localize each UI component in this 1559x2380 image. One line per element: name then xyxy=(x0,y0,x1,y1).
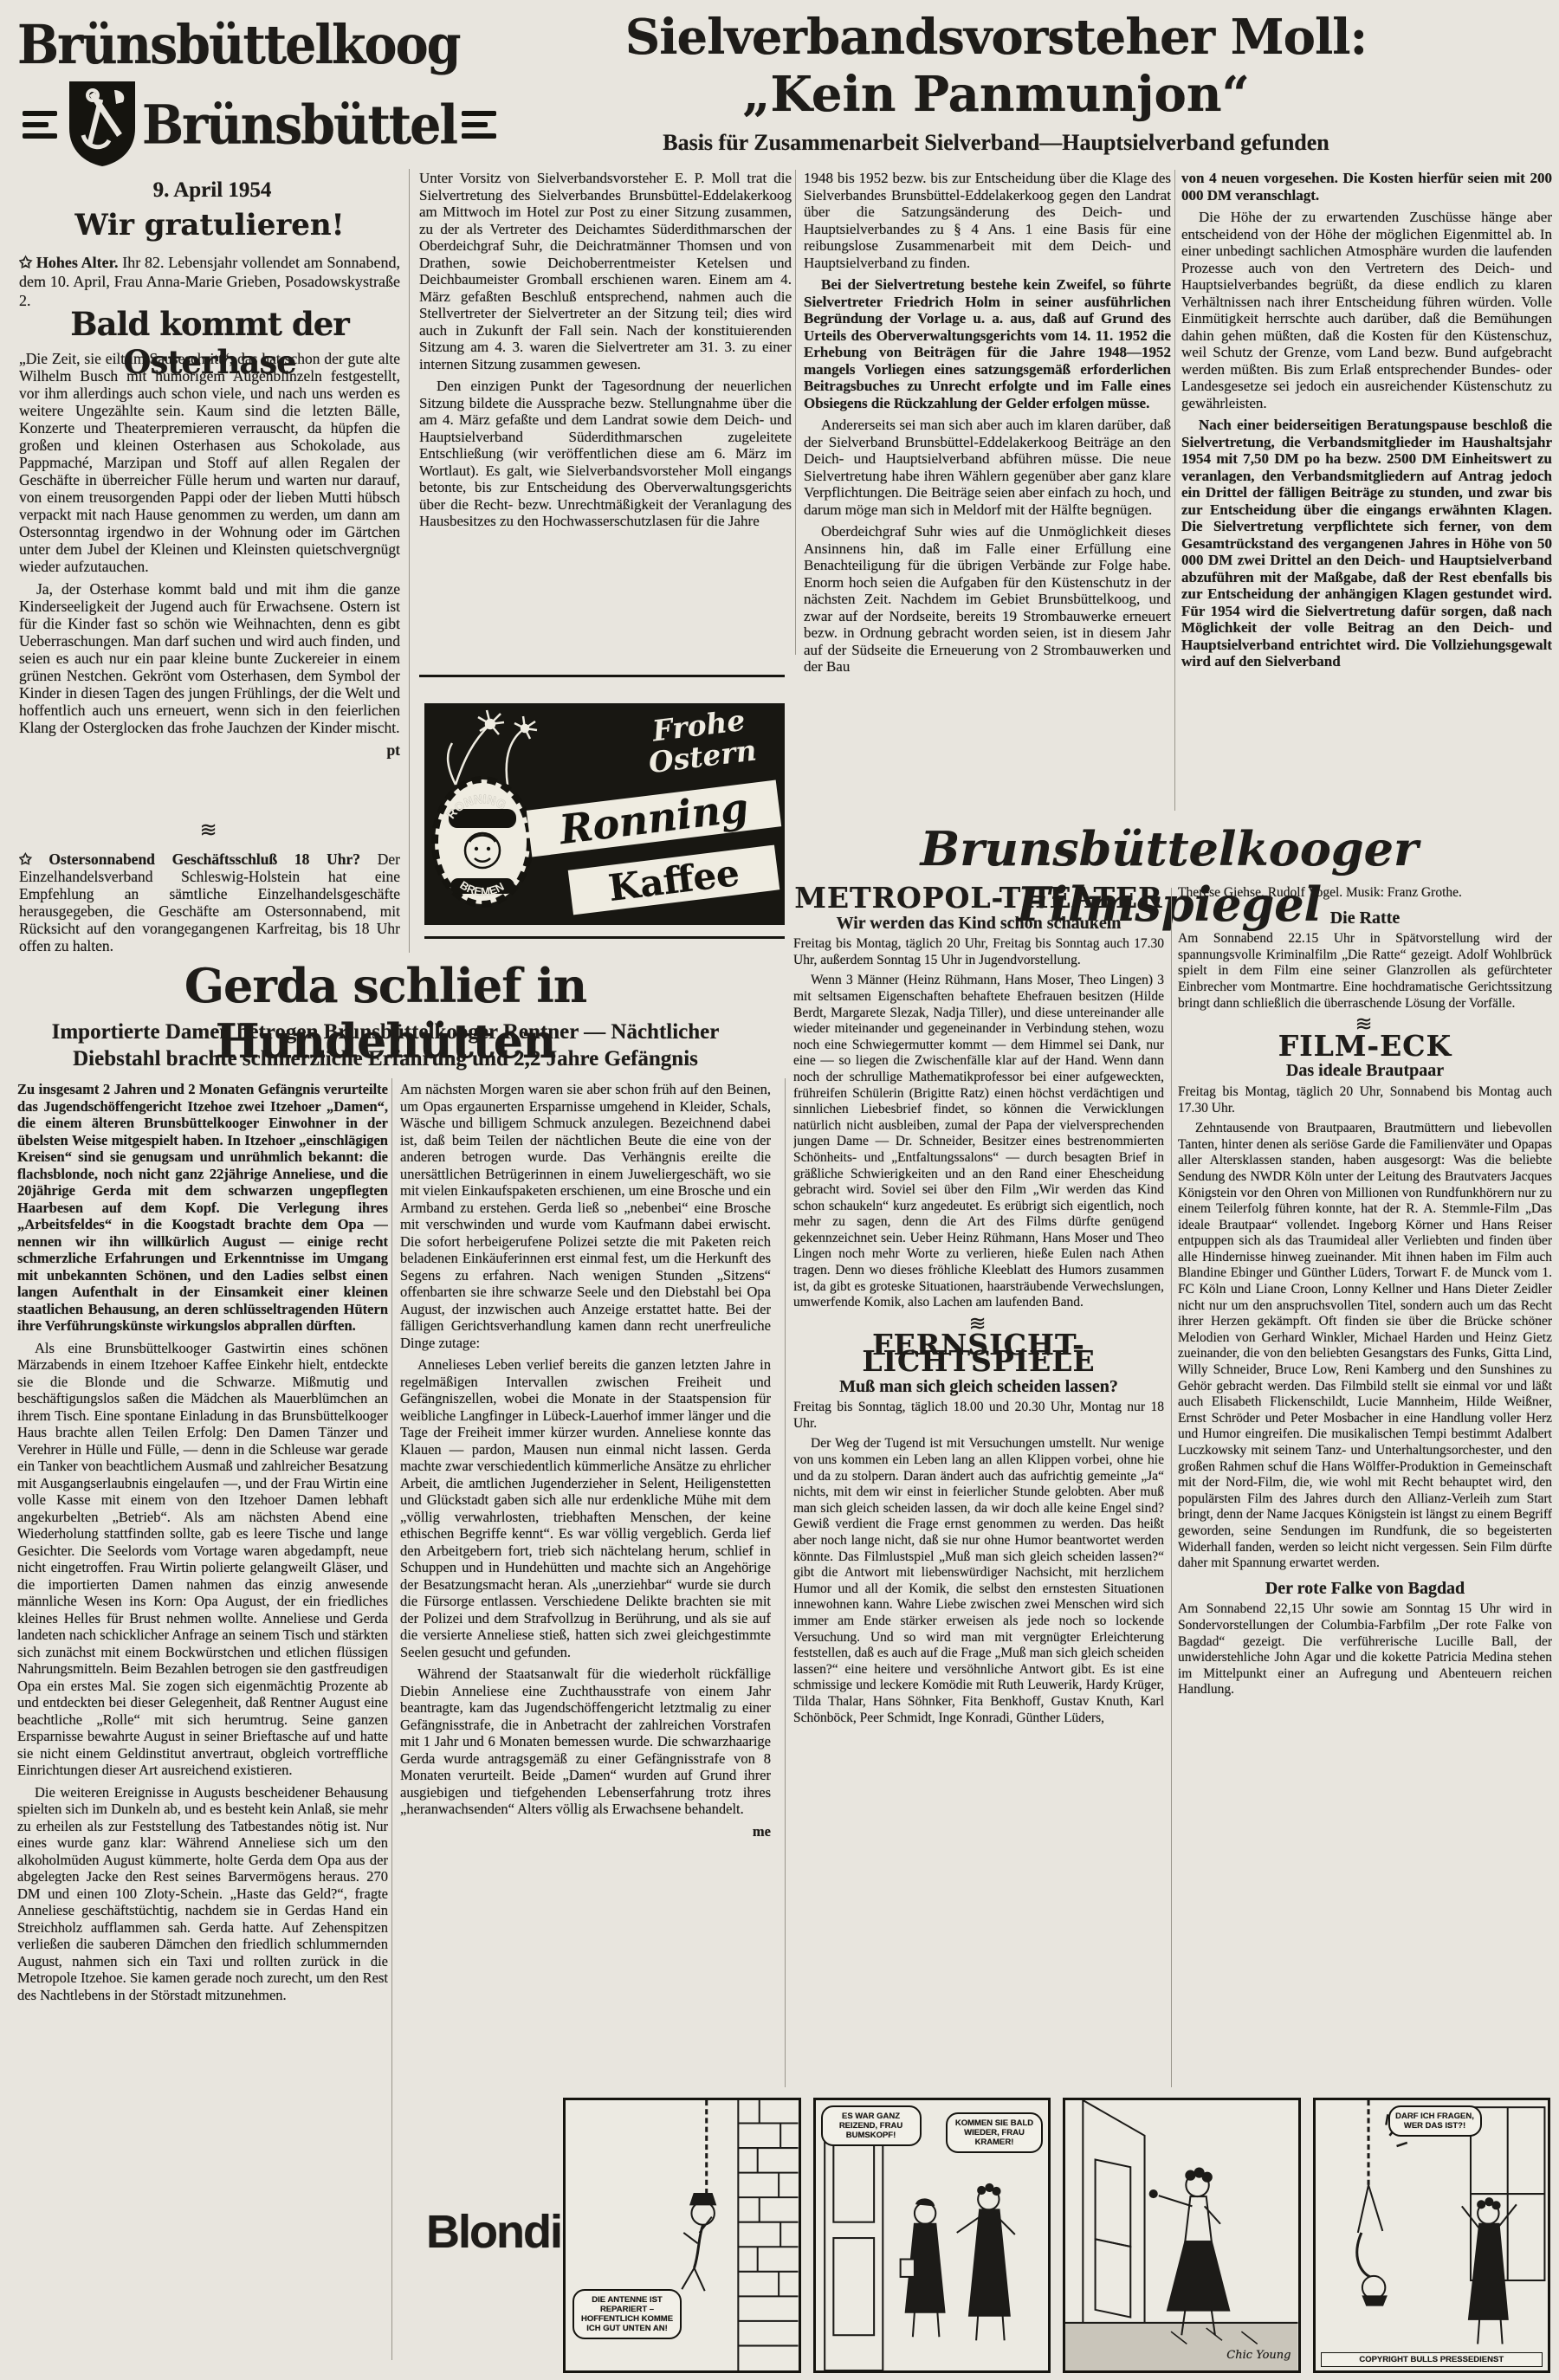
film-title: Wir werden das Kind schon schaukeln xyxy=(793,915,1164,932)
fernsicht-lichtspiele-title: FERNSICHT-LICHTSPIELE xyxy=(793,1337,1164,1369)
film-title: Das ideale Brautpaar xyxy=(1178,1063,1552,1079)
ad-brand: Ronning xyxy=(527,780,781,857)
gerda-paragraph: Während der Staatsanwalt für die wiederh… xyxy=(400,1665,771,1818)
article1-paragraph: Andererseits sei man sich aber auch im k… xyxy=(804,417,1171,518)
comic-strip: Die Antenne ist repariert – hoffentlich … xyxy=(563,2098,1550,2373)
article1-kicker: Sielverbandsvorsteher Moll: xyxy=(450,9,1542,66)
masthead-town-line1: Brünsbüttelkoog xyxy=(17,14,407,76)
wavy-divider-icon: ≋ xyxy=(19,818,400,843)
town-crest-icon xyxy=(66,78,139,172)
copyright-line: COPYRIGHT BULLS PRESSEDIENST xyxy=(1321,2352,1543,2367)
gerda-paragraph: Als eine Brunsbüttelkooger Gastwirtin ei… xyxy=(17,1340,388,1779)
film-review: Wenn 3 Männer (Heinz Rühmann, Hans Moser… xyxy=(793,973,1164,1310)
column-rule xyxy=(1171,888,1172,2087)
gerda-paragraph: Zu insgesamt 2 Jahren und 2 Monaten Gefä… xyxy=(17,1081,388,1335)
comic-panel-3: Chic Young xyxy=(1063,2098,1301,2373)
article1-paragraph: Die Höhe der zu erwartenden Zuschüsse hä… xyxy=(1181,209,1552,411)
film-column-filmeck: Therese Giehse, Rudolf Vogel. Musik: Fra… xyxy=(1178,885,1552,2094)
masthead-town-line2: Brünsbüttel xyxy=(142,94,456,156)
film-column-metropol: METROPOL-THEATER Wir werden das Kind sch… xyxy=(793,885,1164,2094)
showtimes: Freitag bis Sonntag, täglich 18.00 und 2… xyxy=(793,1400,1164,1432)
showtimes: Freitag bis Montag, täglich 20 Uhr, Frei… xyxy=(793,936,1164,968)
author-initials: pt xyxy=(19,741,400,759)
masthead-flourish-left xyxy=(23,111,57,139)
rule-above-ad xyxy=(419,675,785,677)
comic-title: Blondie xyxy=(426,2205,585,2259)
masthead-line2: Brünsbüttel xyxy=(17,76,407,173)
film-title: Die Ratte xyxy=(1178,910,1552,927)
gerda-subhead: Importierte Damen betrogen Brunsbüttelko… xyxy=(35,1019,736,1072)
newspaper-page: Brünsbüttelkoog Brünsbüttel 9. April 195… xyxy=(0,0,1559,2380)
osterhase-paragraph: „Die Zeit, sie eilt im Sauseschritt“, da… xyxy=(19,350,400,575)
geschaeftsschluss-lead: ✩ Ostersonnabend Geschäftsschluß 18 Uhr? xyxy=(19,850,360,868)
speech-bubble: Darf ich fragen, wer das ist?! xyxy=(1388,2105,1482,2137)
column-rule xyxy=(1174,170,1175,811)
gerda-paragraph: Am nächsten Morgen waren sie aber schon … xyxy=(400,1081,771,1351)
film-review: Am Sonnabend 22.15 Uhr in Spätvorstellun… xyxy=(1178,931,1552,1012)
comic-panel-2: Es war ganz reizend, Frau Bumskopf! Komm… xyxy=(813,2098,1051,2373)
osterhase-body: „Die Zeit, sie eilt im Sauseschritt“, da… xyxy=(19,350,400,814)
ronning-badge-icon: RONNING BREMEN xyxy=(431,776,534,908)
film-review: Zehntausende von Brautpaaren, Brautmütte… xyxy=(1178,1121,1552,1572)
ad-product: Kaffee xyxy=(568,845,780,915)
article1-paragraph: Bei der Sielvertretung bestehe kein Zwei… xyxy=(804,276,1171,411)
gerda-column-left: Zu insgesamt 2 Jahren und 2 Monaten Gefä… xyxy=(17,1081,388,2370)
hohes-alter-text: ✩ Hohes Alter. Ihr 82. Lebensjahr vollen… xyxy=(19,253,400,312)
ronning-coffee-ad: Frohe Ostern RONNING BREMEN Ronning Kaff… xyxy=(424,703,785,925)
comic-art-blondie-at-door xyxy=(1065,2100,1298,2370)
film-review: Therese Giehse, Rudolf Vogel. Musik: Fra… xyxy=(1178,885,1552,902)
column-rule xyxy=(391,1078,392,2360)
metropol-theater-title: METROPOL-THEATER xyxy=(793,890,1164,907)
osterhase-paragraph: Ja, der Osterhase kommt bald und mit ihm… xyxy=(19,580,400,736)
ad-greeting: Frohe Ostern xyxy=(624,703,778,781)
article1-paragraph: 1948 bis 1952 bezw. bis zur Entscheidung… xyxy=(804,170,1171,271)
comic-art-upside-down-man xyxy=(1316,2100,1549,2370)
speech-bubble: Kommen Sie bald wieder, Frau Kramer! xyxy=(946,2112,1043,2153)
article1-paragraph: Den einzigen Punkt der Tagesordnung der … xyxy=(419,378,792,530)
artist-signature: Chic Young xyxy=(1226,2349,1291,2362)
article1-paragraph: Nach einer beiderseitigen Beratungspause… xyxy=(1181,417,1552,670)
gerda-paragraph: Die weiteren Ereignisse in Augusts besch… xyxy=(17,1784,388,2004)
film-title: Der rote Falke von Bagdad xyxy=(1178,1581,1552,1597)
column-rule xyxy=(785,1078,786,2087)
film-review: Am Sonnabend 22,15 Uhr sowie am Sonntag … xyxy=(1178,1601,1552,1698)
article1-paragraph: Unter Vorsitz von Sielverbandsvorsteher … xyxy=(419,170,792,372)
speech-bubble: Die Antenne ist repariert – hoffentlich … xyxy=(572,2289,682,2339)
article1-paragraph: von 4 neuen vorgesehen. Die Kosten hierf… xyxy=(1181,170,1552,204)
wir-gratulieren-title: Wir gratulieren! xyxy=(19,208,400,243)
issue-date: 9. April 1954 xyxy=(17,178,407,203)
comic-panel-1: Die Antenne ist repariert – hoffentlich … xyxy=(563,2098,801,2373)
gerda-column-right: Am nächsten Morgen waren sie aber schon … xyxy=(400,1081,771,2092)
column-rule xyxy=(409,169,410,953)
rule-below-ad xyxy=(424,936,785,939)
film-title: Muß man sich gleich scheiden lassen? xyxy=(793,1379,1164,1395)
article1-column-c: von 4 neuen vorgesehen. Die Kosten hierf… xyxy=(1181,170,1552,809)
article1-column-a: Unter Vorsitz von Sielverbandsvorsteher … xyxy=(419,170,792,644)
geschaeftsschluss-note: ✩ Ostersonnabend Geschäftsschluß 18 Uhr?… xyxy=(19,850,400,972)
gerda-paragraph: Annelieses Leben verlief bereits die gan… xyxy=(400,1356,771,1660)
hohes-alter-lead: ✩ Hohes Alter. xyxy=(19,254,118,271)
showtimes: Freitag bis Montag, täglich 20 Uhr, Sonn… xyxy=(1178,1084,1552,1116)
article1-paragraph: Oberdeichgraf Suhr wies auf die Unmöglic… xyxy=(804,523,1171,676)
author-initials: me xyxy=(400,1823,771,1840)
column-rule xyxy=(795,170,796,655)
film-eck-title: FILM-ECK xyxy=(1178,1038,1552,1055)
article1-subhead: Basis für Zusammenarbeit Sielverband—Hau… xyxy=(450,130,1542,156)
comic-panel-4: Darf ich fragen, wer das ist?! COPYRIGHT… xyxy=(1313,2098,1551,2373)
film-review: Der Weg der Tugend ist mit Versuchungen … xyxy=(793,1436,1164,1726)
article1-column-b: 1948 bis 1952 bezw. bis zur Entscheidung… xyxy=(804,170,1171,833)
article1-headline: „Kein Panmunjon“ xyxy=(450,66,1542,123)
speech-bubble: Es war ganz reizend, Frau Bumskopf! xyxy=(821,2105,922,2146)
